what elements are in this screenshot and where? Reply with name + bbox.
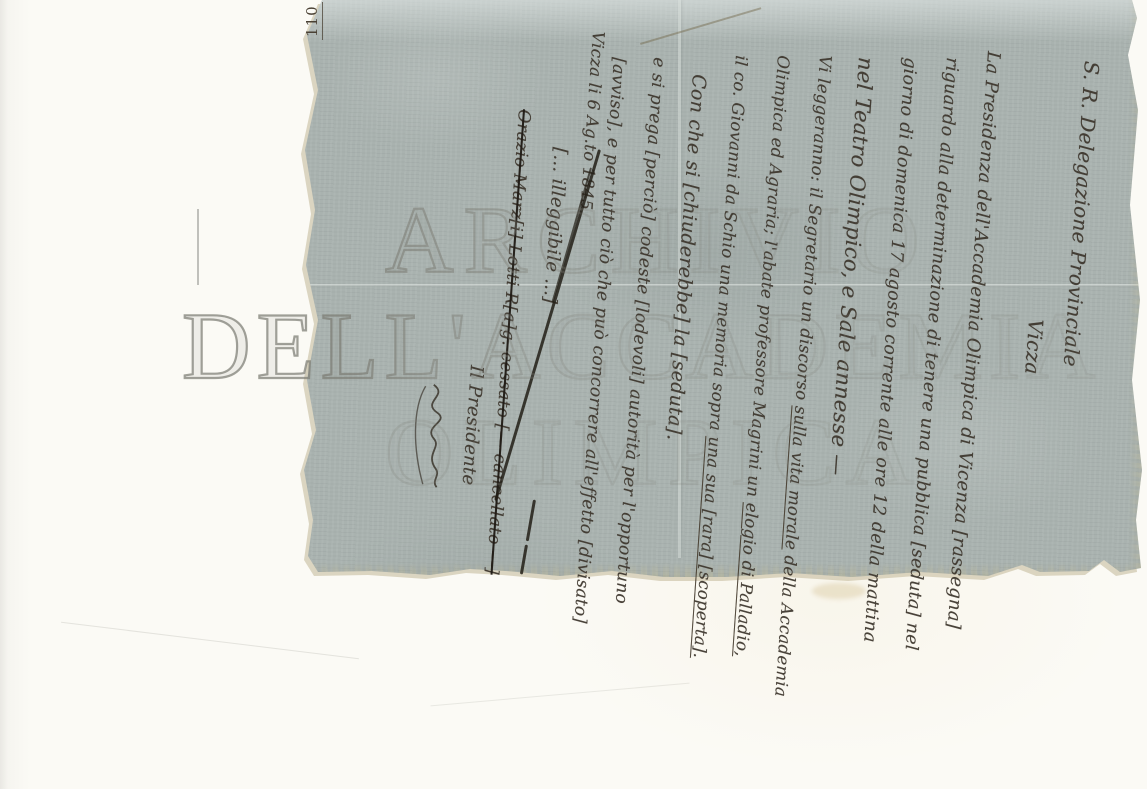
cancellation-stroke [520,545,528,575]
closing-line: [… illeggibile …] [539,147,571,305]
handwriting-layer: 110 firma autografa illeggibile S. R. De… [0,0,1147,789]
place-line: Vicza [1020,318,1048,375]
handwriting-text: Olimpica ed Agraria; l'abate professore … [743,55,793,504]
archival-folio-number: 110 [303,2,323,40]
handwriting-underlined-text: sulla vita morale [781,405,810,550]
scanned-document: 110 firma autografa illeggibile S. R. De… [0,0,1147,789]
body-line: Con che si [chiuderebbe] la [seduta]. [662,73,710,441]
signature-flourish: firma autografa illeggibile [408,379,452,493]
handwriting-text: S. R. Delegazione Provinciale [1059,60,1104,367]
handwriting-text: nel Teatro Olimpico, e Sale annesse — [825,56,878,476]
cancellation-stroke [526,500,536,542]
signature-title-line: Il Presidente [458,365,487,487]
handwriting-text: [… illeggibile …] [539,147,571,305]
handwriting-text: il co. Giovanni da Schio una memoria sop… [705,55,751,438]
handwriting-text: Vicza [1020,318,1048,375]
handwriting-underlined-text: una sua [rara] [scoperta]. [690,436,724,659]
handwriting-text: Orazio Marz[i] Lotti R[a]g. cessato [— c… [482,109,534,576]
cancelled-line: Orazio Marz[i] Lotti R[a]g. cessato [— c… [482,109,534,576]
body-line: nel Teatro Olimpico, e Sale annesse — [825,56,878,476]
handwriting-text: Il Presidente [458,365,487,487]
handwriting-underlined-text: elogio di Palladio, [732,502,762,657]
heading-line: S. R. Delegazione Provinciale [1059,60,1104,367]
handwriting-text: della Accademia [771,549,800,697]
handwriting-text: Vi leggeranno: il Segretario un discorso [792,55,835,407]
handwriting-text: Con che si [chiuderebbe] la [seduta]. [662,73,710,441]
